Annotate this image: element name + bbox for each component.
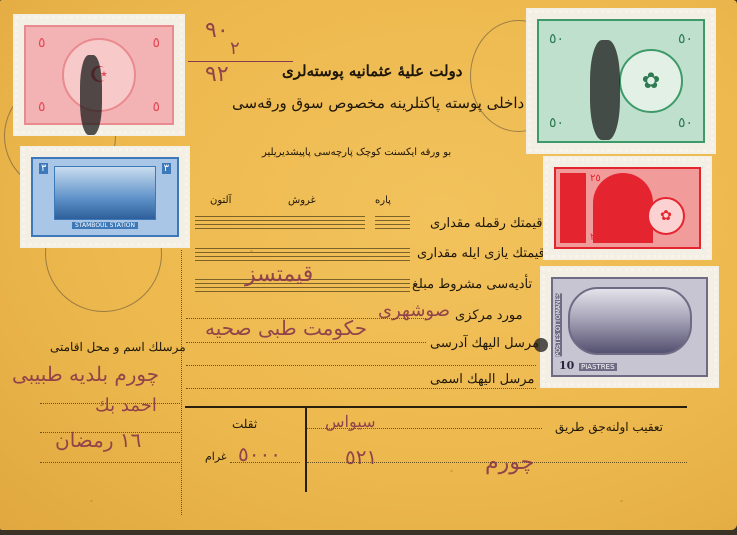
label-weight-unit: غرام [205,450,227,463]
cancellation-ink [590,40,620,140]
paper-speck [620,500,623,502]
dotted-line [186,388,536,389]
fraction-top: ٩٠ [205,18,229,43]
red-monument-stamp: ✿ ٢٥ ٢٥ [545,158,710,258]
stamp-unit: PIASTRES [579,363,617,371]
paper-speck [450,470,453,472]
stamp-denomination: ٣ [162,163,171,174]
label-value-words: قیمتك یازی ایله مقداری [417,246,545,261]
col-para: پاره [375,195,391,206]
col-altin: آلتون [210,195,231,206]
ruled-box [195,216,285,232]
label-route: تعقیب اولنه‌جق طریق [555,420,663,434]
stamp-denomination: ٥٠ [678,115,693,131]
ruled-box [285,216,365,232]
hand-destination: صوشهری [378,300,450,321]
monument-illustration [593,173,653,243]
dotted-line [186,365,536,366]
section-divider [305,408,307,492]
label-recipient-name: مرسل الیهك اسمی [430,372,534,387]
stamp-caption: POSTES OTTOMANES [555,293,562,356]
label-weight: ثقلت [232,417,257,431]
paper-speck [90,500,93,502]
tughra-icon: ✿ [619,49,683,113]
hand-sender-name: چورم بلدیه طبیبی [12,362,159,386]
stamp-denomination: ٥ [38,99,46,115]
document-title: دولت علیهٔ عثمانیه پوسته‌لری [282,62,462,80]
green-tughra-stamp: ✿ ٥٠ ٥٠ ٥٠ ٥٠ [528,10,714,152]
stamp-caption: STAMBOUL STATION [72,222,138,229]
label-value-figures: قیمتك رقمله مقداری [430,216,543,231]
label-cod-amount: تأدیه‌سی مشروط مبلغ [412,277,532,292]
stamp-denomination: ٢٥ [590,173,601,184]
stamp-denomination: ٥٠ [549,115,564,131]
tughra-icon: ✿ [647,197,685,235]
stamp-denomination: ٥ [38,35,46,51]
hand-weight-value: ٥٠٠٠ [238,442,281,466]
hand-route-line2: چورم [485,450,534,475]
landscape-illustration [568,287,692,355]
label-sender: مرسلك اسم و محل اقامتی [50,340,186,354]
hand-route-line1: سیواس [325,412,375,431]
fraction-bar [188,61,293,62]
hand-value-words: قیمتسز [245,262,313,287]
dotted-line [40,462,180,463]
grey-landscape-stamp: POSTES OTTOMANES 10 PIASTRES [542,268,717,386]
dotted-line [186,342,426,343]
stamp-denomination: ٥٠ [678,31,693,47]
document-note: بو ورقه ایکسنت کوچک پارچه‌سی پاپیشدیریلی… [262,147,451,158]
hand-sender-line3: ١٦ رمضان [55,428,141,452]
col-kurus: غروش [288,195,316,206]
fraction-bottom: ٩٢ [205,62,229,87]
blue-train-stamp: STAMBOUL STATION ٣ ٣ [22,148,188,246]
stamp-denomination: 10 [559,359,574,372]
document-subtitle: داخلی پوسته پاکتلرینه مخصوص سوق ورقه‌سی [232,94,524,112]
fraction-mid: ٢ [230,38,240,59]
section-rule [185,406,687,408]
train-illustration [54,166,156,220]
hand-route-number: ٥٢١ [345,445,377,469]
ink-blot [534,338,548,352]
dotted-divider [181,250,182,515]
parcel-post-card: ٩٠ ٢ ٩٢ دولت علیهٔ عثمانیه پوسته‌لری داخ… [0,0,737,530]
hand-sender-line2: احمد بك [95,395,157,416]
inscription-panel [560,173,586,243]
label-recipient-address: مرسل الیهك آدرسی [430,336,539,351]
stamp-denomination: ٥ [152,99,160,115]
stamp-denomination: ٣ [39,163,48,174]
ruled-box [375,216,410,232]
stamp-denomination: ٢٥ [590,232,601,243]
hand-recipient-address: حکومت طبی صحیه [205,316,367,340]
label-destination-center: مورد مرکزی [455,308,523,323]
stamp-denomination: ٥ [152,35,160,51]
cancellation-ink [80,55,102,135]
stamp-denomination: ٥٠ [549,31,564,47]
